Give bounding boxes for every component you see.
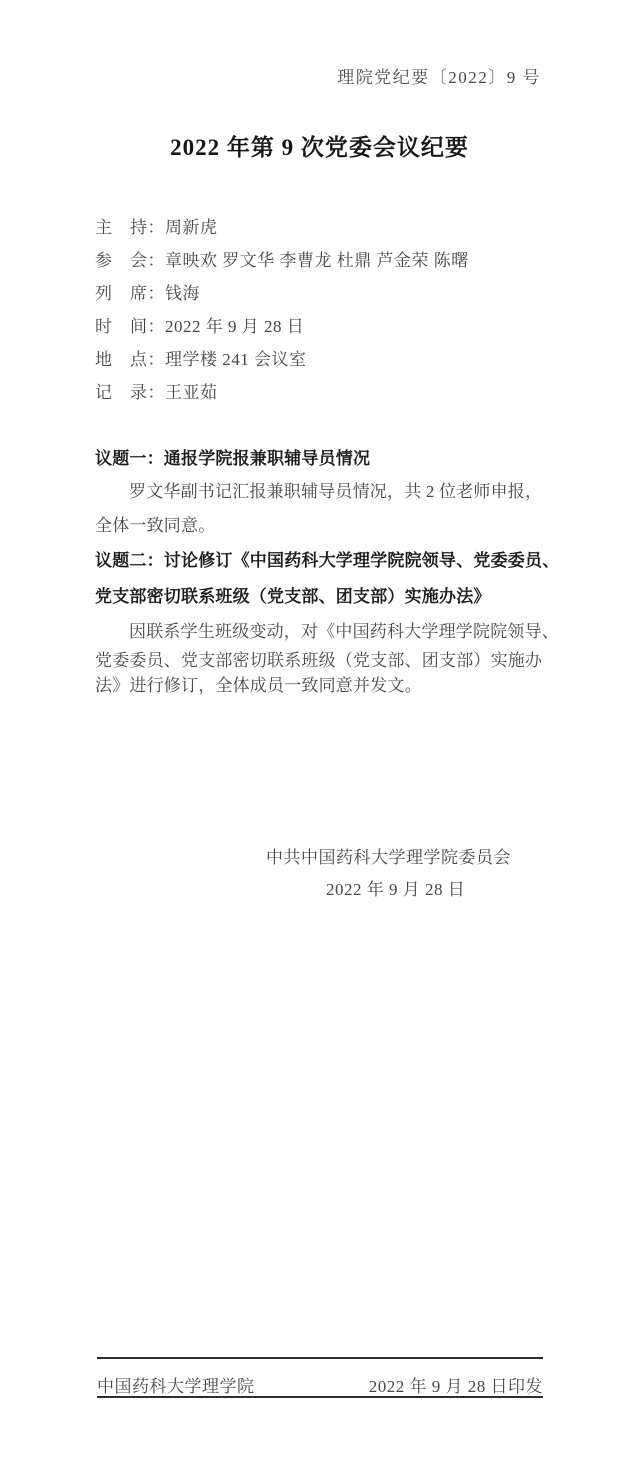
meta-label-host: 主 持： [95,218,165,237]
topic1-heading: 议题一：通报学院报兼职辅导员情况 [95,442,547,475]
meta-label-attendees: 参 会： [95,251,165,270]
doc-number: 理院党纪要〔2022〕9 号 [337,63,541,88]
meta-label-observers: 列 席： [95,284,165,303]
meta-label-location: 地 点： [95,350,165,369]
meta-value-time: 2022 年 9 月 28 日 [165,317,304,336]
page-title: 2022 年第 9 次党委会议纪要 [0,129,639,162]
meta-row-attendees: 参 会：章映欢 罗文华 李曹龙 杜鼎 芦金荣 陈曙 [95,244,547,277]
meta-row-time: 时 间：2022 年 9 月 28 日 [95,310,547,343]
footer-rule-bottom [97,1396,543,1398]
topic2-body-line3: 法》进行修订，全体成员一致同意并发文。 [95,673,547,698]
topic2-heading-line2: 党支部密切联系班级（党支部、团支部）实施办法》 [95,579,547,615]
meta-label-recorder: 记 录： [95,383,165,402]
meta-value-host: 周新虎 [165,218,218,237]
footer-row: 中国药科大学理学院 2022 年 9 月 28 日印发 [97,1372,543,1397]
minutes-content: 议题一：通报学院报兼职辅导员情况 罗文华副书记汇报兼职辅导员情况，共 2 位老师… [95,442,547,698]
topic1-body-line2: 全体一致同意。 [95,508,547,543]
footer-print-date: 2022 年 9 月 28 日印发 [369,1372,543,1397]
meta-value-recorder: 王亚茹 [165,383,218,402]
meta-block: 主 持：周新虎 参 会：章映欢 罗文华 李曹龙 杜鼎 芦金荣 陈曙 列 席：钱海… [95,211,547,409]
footer-issuer: 中国药科大学理学院 [97,1372,255,1397]
meeting-minutes-page: 理院党纪要〔2022〕9 号 2022 年第 9 次党委会议纪要 主 持：周新虎… [0,0,639,1458]
meta-label-time: 时 间： [95,317,165,336]
signature-date: 2022 年 9 月 28 日 [326,875,465,900]
meta-row-observers: 列 席：钱海 [95,277,547,310]
meta-row-recorder: 记 录：王亚茹 [95,376,547,409]
topic2-heading-line1: 议题二：讨论修订《中国药科大学理学院院领导、党委委员、 [95,543,547,579]
meta-value-location: 理学楼 241 会议室 [165,350,307,369]
meta-row-host: 主 持：周新虎 [95,211,547,244]
topic2-body-line2: 党委委员、党支部密切联系班级（党支部、团支部）实施办 [95,648,547,673]
meta-value-observers: 钱海 [165,284,200,303]
footer-rule-top [97,1357,543,1359]
topic2-body-line1: 因联系学生班级变动，对《中国药科大学理学院院领导、 [95,615,547,648]
meta-row-location: 地 点：理学楼 241 会议室 [95,343,547,376]
signature-organization: 中共中国药科大学理学院委员会 [266,843,511,868]
topic1-body-line1: 罗文华副书记汇报兼职辅导员情况，共 2 位老师申报， [95,475,547,508]
meta-value-attendees: 章映欢 罗文华 李曹龙 杜鼎 芦金荣 陈曙 [165,251,469,270]
